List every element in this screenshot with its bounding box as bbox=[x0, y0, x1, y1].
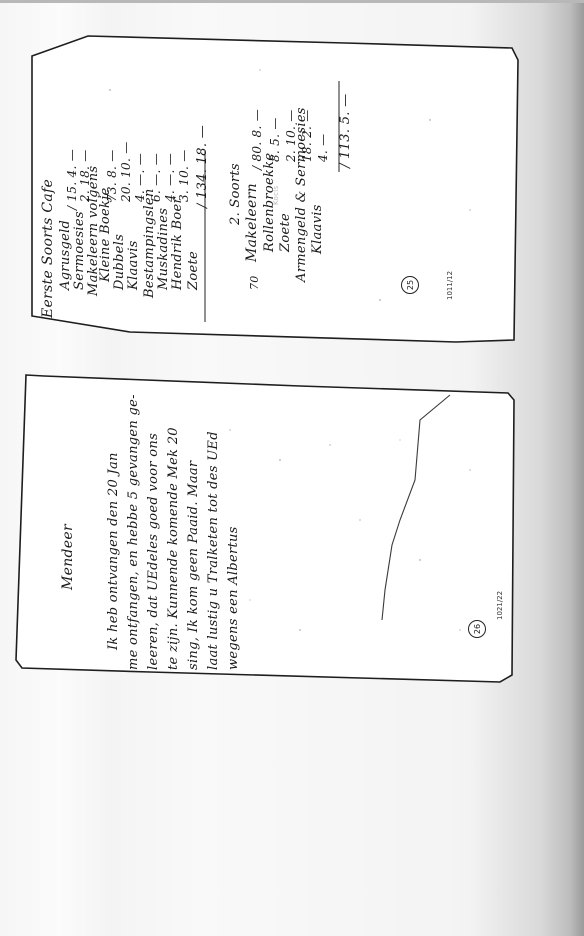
slip-26-outline bbox=[16, 375, 514, 682]
scanned-page: Eerste Soorts Cafe Agrusgeld Sermoesies … bbox=[0, 0, 584, 936]
archive-ref-26: 1021/22 bbox=[496, 591, 504, 620]
folio-number-26: 26 bbox=[468, 620, 486, 638]
folio-number-25: 25 bbox=[401, 276, 419, 294]
archive-ref-25: 1011/12 bbox=[446, 271, 454, 300]
